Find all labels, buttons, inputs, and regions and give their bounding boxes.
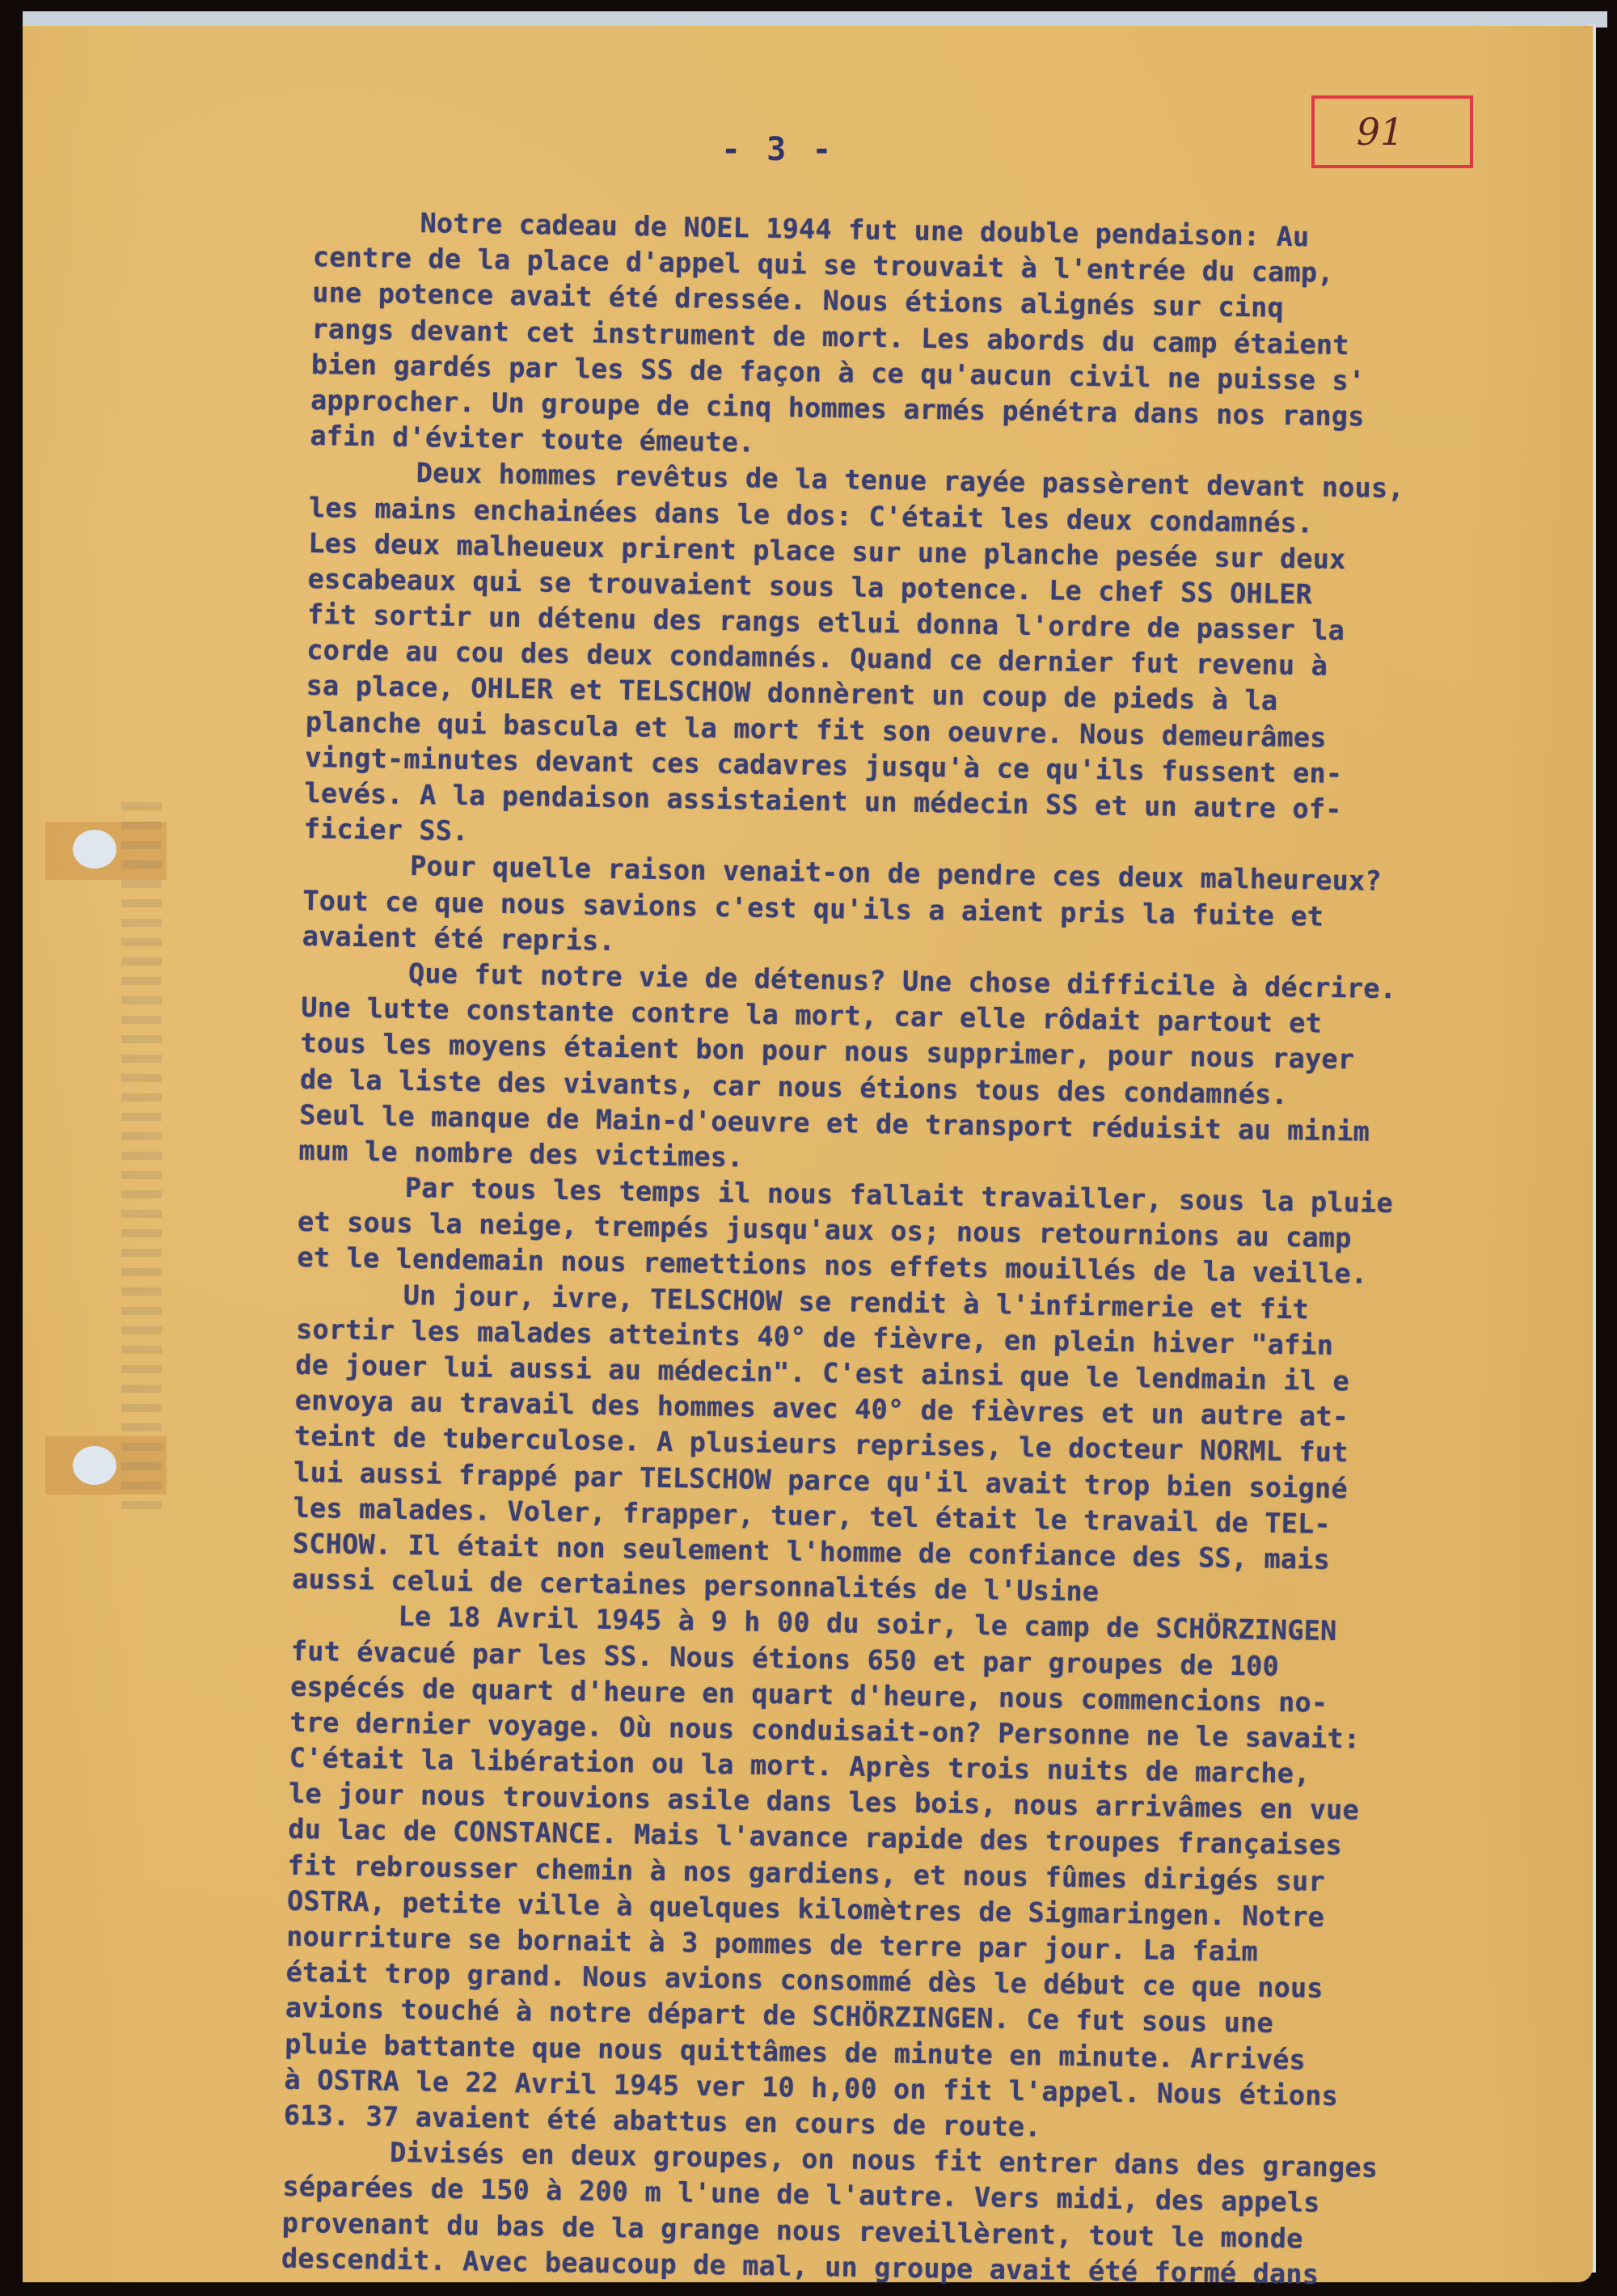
punch-hole (73, 1446, 116, 1485)
page-number: - 3 - (721, 131, 834, 168)
punch-hole (73, 830, 116, 869)
typewritten-body: Notre cadeau de NOEL 1944 fut une double… (281, 204, 1591, 2296)
archive-stamp: 91 (1311, 95, 1473, 168)
archive-folio-number: 91 (1357, 110, 1404, 154)
bleed-through-text (121, 802, 162, 1514)
scan-top-edge (23, 11, 1607, 27)
